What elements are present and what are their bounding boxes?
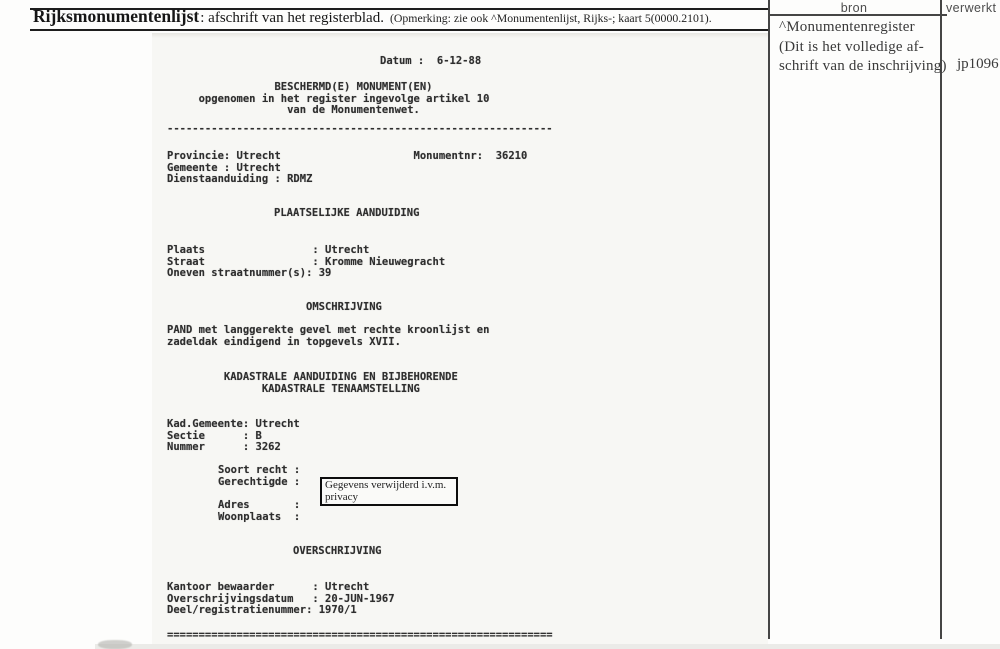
rights-address-block: Adres : Woonplaats : (218, 500, 300, 523)
page-header: Rijksmonumentenlijst : afschrift van het… (33, 6, 763, 30)
header-bottom-rule (30, 29, 768, 31)
divider-equals: ========================================… (167, 630, 553, 642)
kadaster-block: Kad.Gemeente: Utrecht Sectie : B Nummer … (167, 419, 300, 454)
page-subtitle: : afschrift van het registerblad. (200, 10, 384, 27)
table-left-divider (768, 0, 770, 639)
datum-line: Datum : 6-12-88 (380, 56, 481, 68)
bron-column-header: bron (768, 1, 940, 15)
privacy-redaction-text: Gegevens verwijderd i.v.m. privacy (322, 479, 456, 504)
bron-note: ^Monumentenregister (Dit is het volledig… (779, 18, 947, 77)
page-remark: (Opmerking: zie ook ^Monumentenlijst, Ri… (390, 11, 712, 26)
page-title: Rijksmonumentenlijst (33, 6, 199, 27)
privacy-redaction-box: Gegevens verwijderd i.v.m. privacy (320, 477, 458, 506)
overschrijving-heading: OVERSCHRIJVING (293, 546, 382, 558)
verwerkt-value: jp1096 (957, 56, 999, 73)
omschrijving-heading: OMSCHRIJVING (306, 302, 382, 314)
rights-block: Soort recht : Gerechtigde : (218, 465, 300, 488)
transfer-block: Kantoor bewaarder : Utrecht Overschrijvi… (167, 582, 395, 617)
omschrijving-text: PAND met langgerekte gevel met rechte kr… (167, 325, 489, 348)
plaatselijke-heading: PLAATSELIJKE AANDUIDING (274, 208, 419, 220)
divider-dashes: ----------------------------------------… (167, 124, 553, 136)
scan-smudge-artifact (98, 640, 132, 649)
registerblad-page: Rijksmonumentenlijst : afschrift van het… (0, 0, 1000, 649)
province-block: Provincie: Utrecht Monumentnr: 36210 Gem… (167, 151, 527, 186)
monument-heading: BESCHERMD(E) MONUMENT(EN) opgenomen in h… (167, 82, 489, 117)
scan-bottom-edge-artifact (95, 644, 1000, 649)
verwerkt-column-header: verwerkt (946, 1, 1000, 15)
kadastrale-heading: KADASTRALE AANDUIDING EN BIJBEHORENDE KA… (167, 372, 458, 395)
table-column-divider (940, 0, 942, 639)
address-block: Plaats : Utrecht Straat : Kromme Nieuweg… (167, 245, 445, 280)
